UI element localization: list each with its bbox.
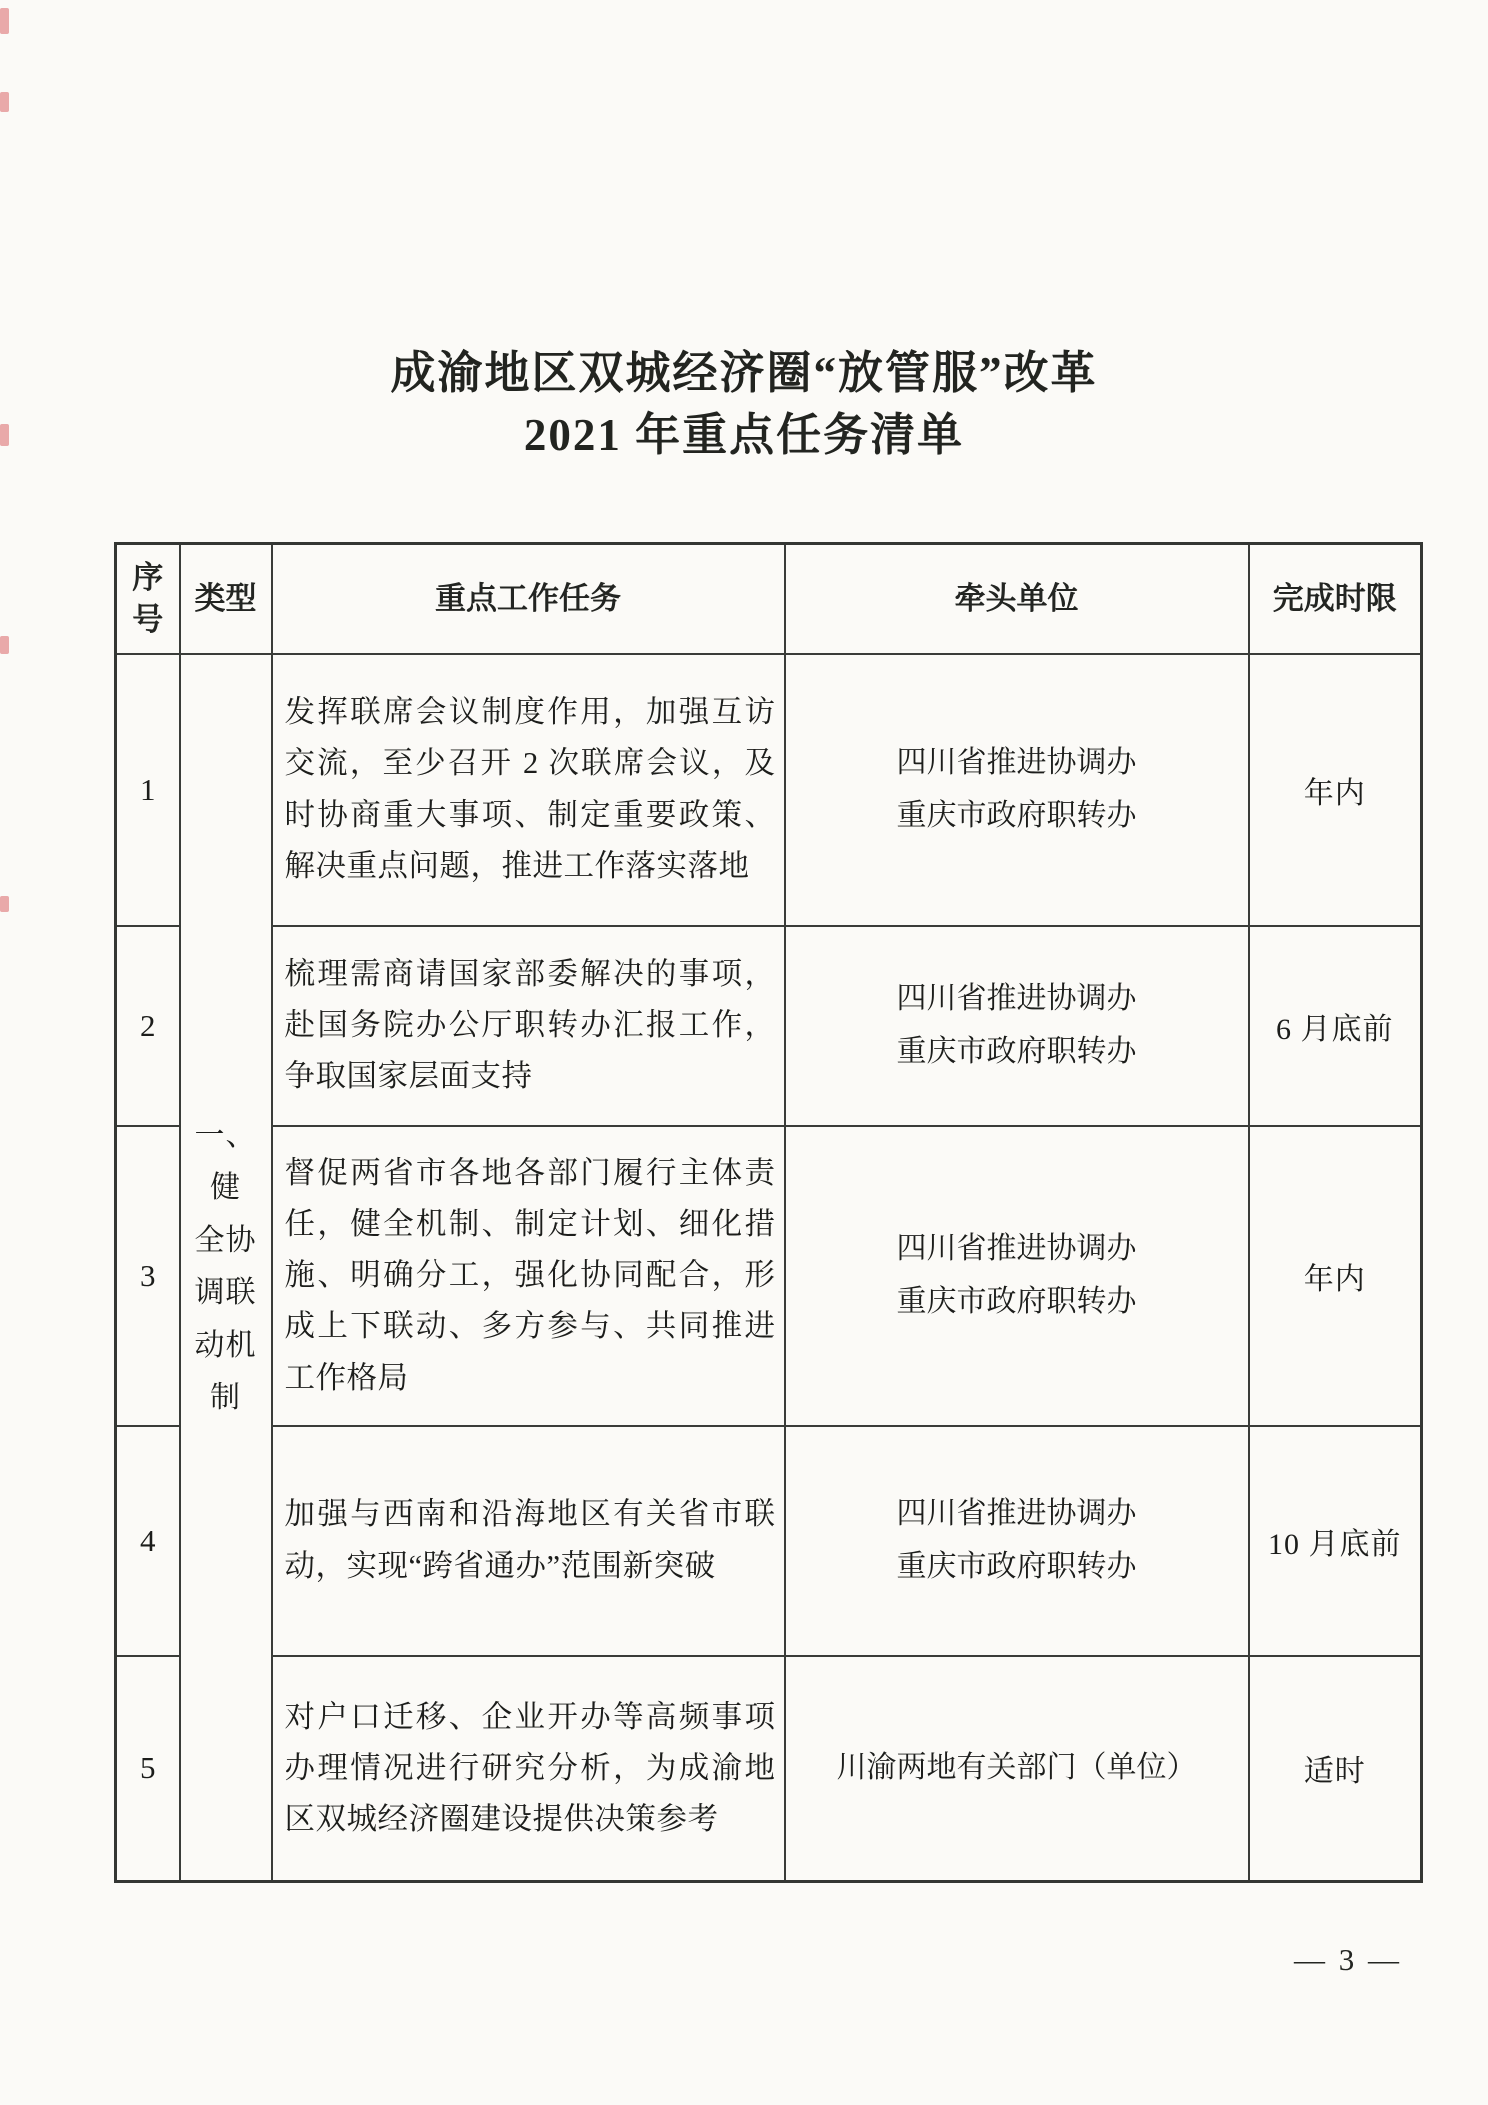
- lead-unit-cell: 四川省推进协调办 重庆市政府职转办: [785, 926, 1249, 1126]
- deadline-cell: 6 月底前: [1249, 926, 1422, 1126]
- category-line: 调联: [185, 1267, 267, 1320]
- header-deadline: 完成时限: [1249, 544, 1422, 654]
- task-cell: 梳理需商请国家部委解决的事项，赴国务院办公厅职转办汇报工作，争取国家层面支持: [272, 926, 785, 1126]
- lead-unit-cell: 川渝两地有关部门（单位）: [785, 1656, 1249, 1882]
- scan-artifact: [0, 8, 9, 34]
- document-title: 成渝地区双城经济圈“放管服”改革 2021 年重点任务清单: [0, 0, 1488, 466]
- row-number-cell: 1: [116, 654, 180, 926]
- row-number-cell: 3: [116, 1126, 180, 1426]
- row-number-cell: 5: [116, 1656, 180, 1882]
- table-row: 4 加强与西南和沿海地区有关省市联动，实现“跨省通办”范围新突破 四川省推进协调…: [116, 1426, 1422, 1656]
- category-cell: 一、健 全协 调联 动机 制: [180, 654, 272, 1882]
- category-line: 一、健: [185, 1110, 267, 1215]
- category-line: 制: [185, 1372, 267, 1425]
- lead-unit-line: 四川省推进协调办: [786, 973, 1248, 1026]
- scan-artifact: [0, 92, 9, 112]
- header-no: 序号: [116, 544, 180, 654]
- document-title-line-1: 成渝地区双城经济圈“放管服”改革: [0, 342, 1488, 404]
- table-row: 2 梳理需商请国家部委解决的事项，赴国务院办公厅职转办汇报工作，争取国家层面支持…: [116, 926, 1422, 1126]
- row-number-cell: 2: [116, 926, 180, 1126]
- scan-artifact: [0, 424, 9, 446]
- header-lead: 牵头单位: [785, 544, 1249, 654]
- table-header-row: 序号 类型 重点工作任务 牵头单位 完成时限: [116, 544, 1422, 654]
- lead-unit-cell: 四川省推进协调办 重庆市政府职转办: [785, 654, 1249, 926]
- page-number: — 3 —: [1294, 1942, 1402, 1978]
- table-row: 1 一、健 全协 调联 动机 制 发挥联席会议制度作用，加强互访交流，至少召开 …: [116, 654, 1422, 926]
- lead-unit-line: 四川省推进协调办: [786, 1223, 1248, 1276]
- task-table: 序号 类型 重点工作任务 牵头单位 完成时限 1 一、健 全协 调联 动机 制 …: [114, 542, 1423, 1883]
- row-number-cell: 4: [116, 1426, 180, 1656]
- lead-unit-cell: 四川省推进协调办 重庆市政府职转办: [785, 1426, 1249, 1656]
- lead-unit-line: 四川省推进协调办: [786, 737, 1248, 790]
- lead-unit-line: 四川省推进协调办: [786, 1488, 1248, 1541]
- scan-artifact: [0, 636, 9, 654]
- deadline-cell: 适时: [1249, 1656, 1422, 1882]
- lead-unit-line: 重庆市政府职转办: [786, 790, 1248, 843]
- table-row: 5 对户口迁移、企业开办等高频事项办理情况进行研究分析，为成渝地区双城经济圈建设…: [116, 1656, 1422, 1882]
- lead-unit-line: 川渝两地有关部门（单位）: [786, 1742, 1248, 1795]
- table-row: 3 督促两省市各地各部门履行主体责任，健全机制、制定计划、细化措施、明确分工，强…: [116, 1126, 1422, 1426]
- header-task: 重点工作任务: [272, 544, 785, 654]
- lead-unit-line: 重庆市政府职转办: [786, 1541, 1248, 1594]
- task-cell: 对户口迁移、企业开办等高频事项办理情况进行研究分析，为成渝地区双城经济圈建设提供…: [272, 1656, 785, 1882]
- category-line: 动机: [185, 1320, 267, 1373]
- scan-artifact: [0, 896, 9, 912]
- header-type: 类型: [180, 544, 272, 654]
- task-cell: 督促两省市各地各部门履行主体责任，健全机制、制定计划、细化措施、明确分工，强化协…: [272, 1126, 785, 1426]
- document-page: 成渝地区双城经济圈“放管服”改革 2021 年重点任务清单 序号 类型 重点工作…: [0, 0, 1488, 2105]
- category-line: 全协: [185, 1215, 267, 1268]
- deadline-cell: 年内: [1249, 654, 1422, 926]
- lead-unit-line: 重庆市政府职转办: [786, 1026, 1248, 1079]
- deadline-cell: 年内: [1249, 1126, 1422, 1426]
- deadline-cell: 10 月底前: [1249, 1426, 1422, 1656]
- document-title-line-2: 2021 年重点任务清单: [0, 404, 1488, 466]
- lead-unit-line: 重庆市政府职转办: [786, 1276, 1248, 1329]
- lead-unit-cell: 四川省推进协调办 重庆市政府职转办: [785, 1126, 1249, 1426]
- task-cell: 加强与西南和沿海地区有关省市联动，实现“跨省通办”范围新突破: [272, 1426, 785, 1656]
- task-cell: 发挥联席会议制度作用，加强互访交流，至少召开 2 次联席会议，及时协商重大事项、…: [272, 654, 785, 926]
